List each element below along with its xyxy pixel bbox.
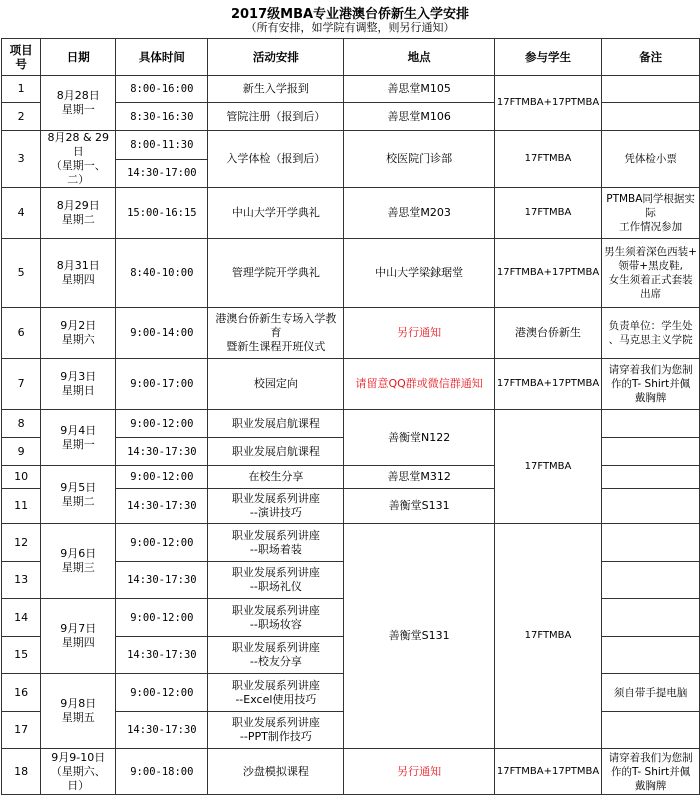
cell-activity: 入学体检（报到后） (208, 131, 344, 188)
cell-date: 9月2日 星期六 (41, 308, 116, 359)
table-row: 8 9月4日 星期一 9:00-12:00 职业发展启航课程 善衡堂N122 1… (2, 410, 700, 438)
cell-activity: 中山大学开学典礼 (208, 188, 344, 239)
cell-date: 8月28 & 29日 （星期一、 二） (41, 131, 116, 188)
header-note: 备注 (602, 39, 700, 76)
cell-no: 9 (2, 438, 41, 466)
cell-date: 9月7日 星期四 (41, 599, 116, 674)
header-location: 地点 (344, 39, 494, 76)
cell-no: 11 (2, 489, 41, 524)
cell-note: 请穿着我们为您制 作的T- Shirt并佩 戴胸牌 (602, 749, 700, 795)
cell-note (602, 489, 700, 524)
table-row: 12 9月6日 星期三 9:00-12:00 职业发展系列讲座 --职场着装 善… (2, 524, 700, 562)
cell-note (602, 103, 700, 131)
cell-date: 9月8日 星期五 (41, 674, 116, 749)
cell-students: 17FTMBA (494, 131, 601, 188)
table-row: 1 8月28日 星期一 8:00-16:00 新生入学报到 善思堂M105 17… (2, 76, 700, 103)
cell-note: 请穿着我们为您制 作的T- Shirt并佩 戴胸牌 (602, 359, 700, 410)
header-date: 日期 (41, 39, 116, 76)
cell-time: 15:00-16:15 (116, 188, 208, 239)
cell-no: 2 (2, 103, 41, 131)
table-row: 3 8月28 & 29日 （星期一、 二） 8:00-11:30 入学体检（报到… (2, 131, 700, 160)
cell-activity: 职业发展系列讲座 --PPT制作技巧 (208, 712, 344, 749)
cell-no: 4 (2, 188, 41, 239)
cell-no: 7 (2, 359, 41, 410)
header-item-no: 项目号 (2, 39, 41, 76)
cell-note (602, 438, 700, 466)
cell-time-2: 14:30-17:00 (116, 159, 208, 188)
cell-activity: 职业发展系列讲座 --职场着装 (208, 524, 344, 562)
cell-date: 8月31日 星期四 (41, 239, 116, 308)
cell-time: 14:30-17:30 (116, 438, 208, 466)
cell-students: 17FTMBA (494, 410, 601, 524)
cell-no: 10 (2, 466, 41, 489)
cell-activity: 职业发展系列讲座 --职场礼仪 (208, 562, 344, 599)
cell-date: 9月3日 星期日 (41, 359, 116, 410)
cell-activity: 管院注册（报到后） (208, 103, 344, 131)
cell-location: 另行通知 (344, 308, 494, 359)
cell-note (602, 562, 700, 599)
cell-note (602, 524, 700, 562)
cell-note: 须自带手提电脑 (602, 674, 700, 712)
cell-location: 善思堂M312 (344, 466, 494, 489)
cell-activity: 在校生分享 (208, 466, 344, 489)
cell-no: 1 (2, 76, 41, 103)
header-time: 具体时间 (116, 39, 208, 76)
page-subtitle: （所有安排，如学院有调整，则另行通知） (0, 19, 700, 35)
cell-time: 14:30-17:30 (116, 712, 208, 749)
cell-location: 中山大学梁銶琚堂 (344, 239, 494, 308)
cell-students: 17FTMBA+17PTMBA (494, 239, 601, 308)
schedule-table: 项目号 日期 具体时间 活动安排 地点 参与学生 备注 1 8月28日 星期一 … (1, 38, 700, 795)
cell-time: 8:00-11:30 (116, 131, 208, 160)
cell-location: 请留意QQ群或微信群通知 (344, 359, 494, 410)
cell-activity: 职业发展系列讲座 --校友分享 (208, 637, 344, 674)
cell-time: 9:00-14:00 (116, 308, 208, 359)
table-row: 7 9月3日 星期日 9:00-17:00 校园定向 请留意QQ群或微信群通知 … (2, 359, 700, 410)
cell-date: 8月28日 星期一 (41, 76, 116, 131)
cell-date: 9月9-10日 （星期六、 日） (41, 749, 116, 795)
cell-time: 9:00-12:00 (116, 410, 208, 438)
cell-date: 9月6日 星期三 (41, 524, 116, 599)
table-row: 18 9月9-10日 （星期六、 日） 9:00-18:00 沙盘模拟课程 另行… (2, 749, 700, 795)
cell-location: 善思堂M105 (344, 76, 494, 103)
cell-activity: 职业发展系列讲座 --职场妆容 (208, 599, 344, 637)
cell-activity: 港澳台侨新生专场入学教育 暨新生课程开班仪式 (208, 308, 344, 359)
cell-date: 8月29日 星期二 (41, 188, 116, 239)
table-row: 4 8月29日 星期二 15:00-16:15 中山大学开学典礼 善思堂M203… (2, 188, 700, 239)
cell-students: 17FTMBA (494, 524, 601, 749)
cell-time: 8:00-16:00 (116, 76, 208, 103)
cell-time: 9:00-12:00 (116, 674, 208, 712)
cell-note (602, 712, 700, 749)
cell-no: 8 (2, 410, 41, 438)
cell-note: 男生须着深色西装+ 领带+黑皮鞋, 女生须着正式套装 出席 (602, 239, 700, 308)
cell-time: 14:30-17:30 (116, 637, 208, 674)
cell-time: 14:30-17:30 (116, 562, 208, 599)
cell-date: 9月5日 星期二 (41, 466, 116, 524)
cell-location: 善衡堂S131 (344, 524, 494, 749)
header-students: 参与学生 (494, 39, 601, 76)
cell-note (602, 599, 700, 637)
cell-time: 9:00-12:00 (116, 466, 208, 489)
cell-note (602, 637, 700, 674)
header-activity: 活动安排 (208, 39, 344, 76)
cell-no: 6 (2, 308, 41, 359)
cell-students: 17FTMBA (494, 188, 601, 239)
cell-no: 18 (2, 749, 41, 795)
cell-no: 12 (2, 524, 41, 562)
cell-activity: 职业发展启航课程 (208, 410, 344, 438)
cell-time: 9:00-17:00 (116, 359, 208, 410)
cell-location: 善思堂M203 (344, 188, 494, 239)
cell-time: 8:40-10:00 (116, 239, 208, 308)
cell-no: 14 (2, 599, 41, 637)
cell-note (602, 410, 700, 438)
cell-activity: 职业发展系列讲座 --Excel使用技巧 (208, 674, 344, 712)
cell-no: 13 (2, 562, 41, 599)
cell-date: 9月4日 星期一 (41, 410, 116, 466)
table-row: 5 8月31日 星期四 8:40-10:00 管理学院开学典礼 中山大学梁銶琚堂… (2, 239, 700, 308)
cell-note: 负责单位：学生处 、马克思主义学院 (602, 308, 700, 359)
cell-no: 3 (2, 131, 41, 188)
cell-note (602, 466, 700, 489)
cell-time: 8:30-16:30 (116, 103, 208, 131)
cell-no: 17 (2, 712, 41, 749)
cell-location: 善思堂M106 (344, 103, 494, 131)
cell-no: 5 (2, 239, 41, 308)
cell-students: 17FTMBA+17PTMBA (494, 359, 601, 410)
cell-note: PTMBA同学根据实际 工作情况参加 (602, 188, 700, 239)
cell-note (602, 76, 700, 103)
cell-location: 另行通知 (344, 749, 494, 795)
table-row: 6 9月2日 星期六 9:00-14:00 港澳台侨新生专场入学教育 暨新生课程… (2, 308, 700, 359)
cell-no: 15 (2, 637, 41, 674)
cell-activity: 管理学院开学典礼 (208, 239, 344, 308)
cell-activity: 沙盘模拟课程 (208, 749, 344, 795)
cell-students: 17FTMBA+17PTMBA (494, 749, 601, 795)
cell-location: 善衡堂N122 (344, 410, 494, 466)
cell-students: 港澳台侨新生 (494, 308, 601, 359)
cell-time: 14:30-17:30 (116, 489, 208, 524)
cell-activity: 职业发展系列讲座 --演讲技巧 (208, 489, 344, 524)
cell-time: 9:00-12:00 (116, 524, 208, 562)
cell-time: 9:00-12:00 (116, 599, 208, 637)
cell-location: 善衡堂S131 (344, 489, 494, 524)
cell-activity: 校园定向 (208, 359, 344, 410)
cell-activity: 新生入学报到 (208, 76, 344, 103)
cell-activity: 职业发展启航课程 (208, 438, 344, 466)
cell-students: 17FTMBA+17PTMBA (494, 76, 601, 131)
cell-location: 校医院门诊部 (344, 131, 494, 188)
cell-no: 16 (2, 674, 41, 712)
table-header-row: 项目号 日期 具体时间 活动安排 地点 参与学生 备注 (2, 39, 700, 76)
cell-time: 9:00-18:00 (116, 749, 208, 795)
cell-note: 凭体检小票 (602, 131, 700, 188)
